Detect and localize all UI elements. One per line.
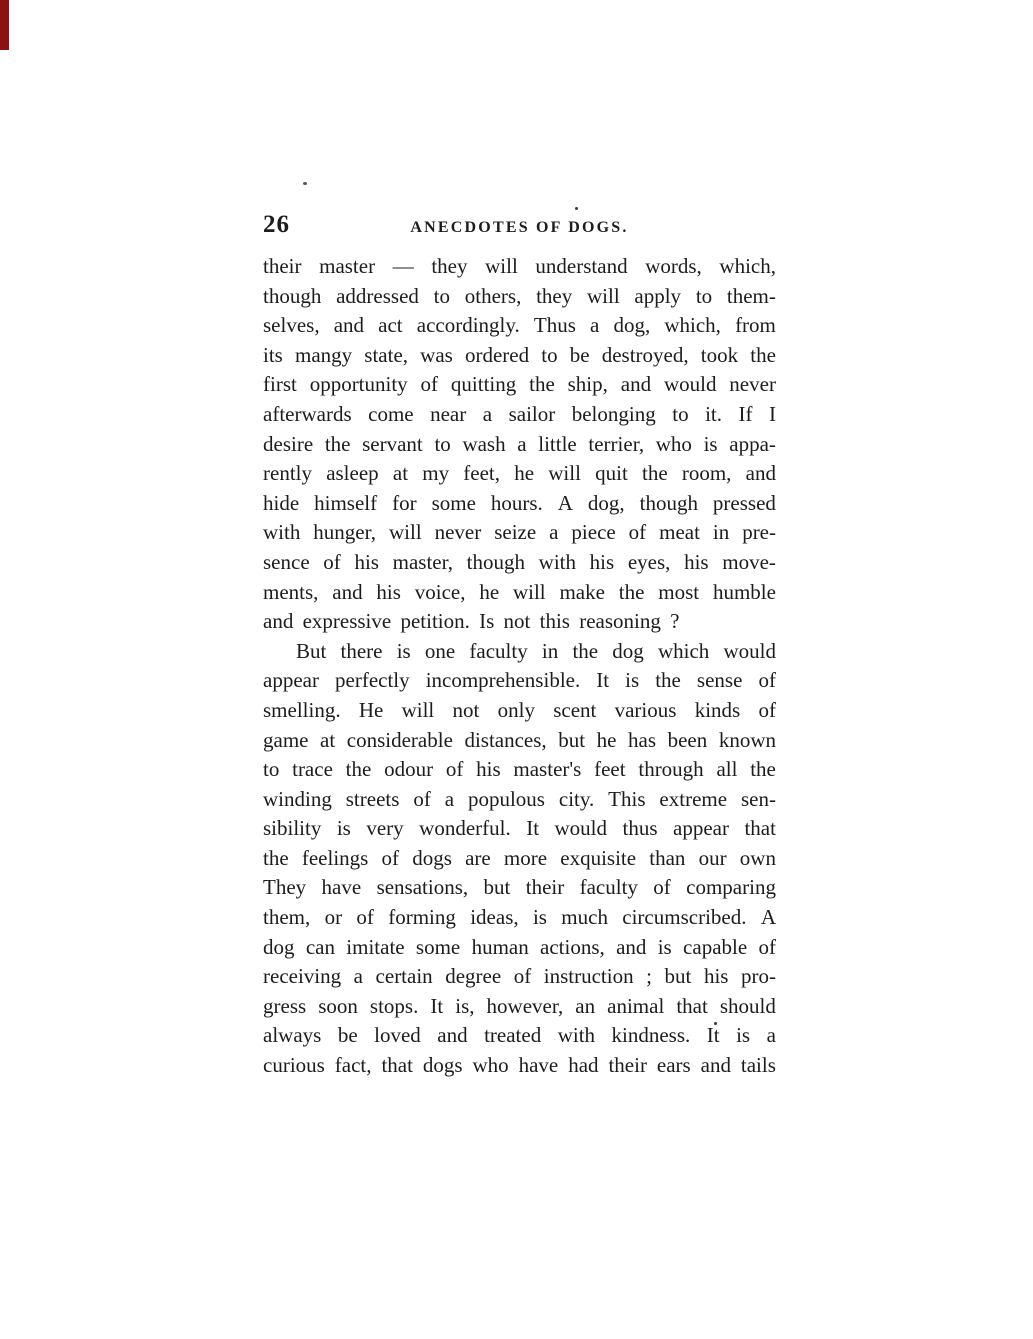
text-line: gameatconsiderabledistances,buthehasbeen… [263,726,776,756]
text-line: Theyhavesensations,buttheirfacultyofcomp… [263,873,776,903]
text-line: hidehimselfforsomehours.Adog,thoughpress… [263,489,776,519]
text-line: rentlyasleepatmyfeet,hewillquittheroom,a… [263,459,776,489]
scan-speck [575,207,578,210]
text-line: firstopportunityofquittingtheship,andwou… [263,370,776,400]
text-line: gresssoonstops.Itis,however,ananimalthat… [263,992,776,1022]
text-line: smelling.Hewillnotonlyscentvariouskindso… [263,696,776,726]
scan-speck [303,182,307,185]
text-line: dogcanimitatesomehumanactions,andiscapab… [263,933,776,963]
text-line: withhunger,willneverseizeapieceofmeatinp… [263,518,776,548]
text-line: thefeelingsofdogsaremoreexquisitethanour… [263,844,776,874]
running-head-title: ANECDOTES OF DOGS. [263,219,776,237]
text-line: receivingacertaindegreeofinstruction;but… [263,962,776,992]
text-line: alwaysbelovedandtreatedwithkindness.Itis… [263,1021,776,1051]
text-line: curiousfact,thatdogswhohavehadtheirearsa… [263,1051,776,1081]
text-line: itsmangystate,wasorderedtobedestroyed,to… [263,341,776,371]
text-line: thoughaddressedtoothers,theywillapplytot… [263,282,776,312]
text-line: them,orofformingideas,ismuchcircumscribe… [263,903,776,933]
text-line: afterwardscomenearasailorbelongingtoit.I… [263,400,776,430]
scan-artifact-red-bar [0,0,9,50]
text-line: desiretheservanttowashalittleterrier,who… [263,430,776,460]
text-line: Butthereisonefacultyinthedogwhichwould [263,637,776,667]
text-line: ments,andhisvoice,hewillmakethemosthumbl… [263,578,776,608]
text-line: theirmaster—theywillunderstandwords,whic… [263,252,776,282]
text-line: windingstreetsofapopulouscity.Thisextrem… [263,785,776,815]
page-text-block: theirmaster—theywillunderstandwords,whic… [263,252,776,1081]
text-line: sibilityisverywonderful.Itwouldthusappea… [263,814,776,844]
text-line: appearperfectlyincomprehensible.Itisthes… [263,666,776,696]
text-line: senceofhismaster,thoughwithhiseyes,hismo… [263,548,776,578]
book-page: 26 ANECDOTES OF DOGS. theirmaster—theywi… [0,0,1033,1339]
text-line: and expressive petition. Is not this rea… [263,607,776,637]
text-line: totracetheodourofhismaster'sfeetthrougha… [263,755,776,785]
text-line: selves,andactaccordingly.Thusadog,which,… [263,311,776,341]
